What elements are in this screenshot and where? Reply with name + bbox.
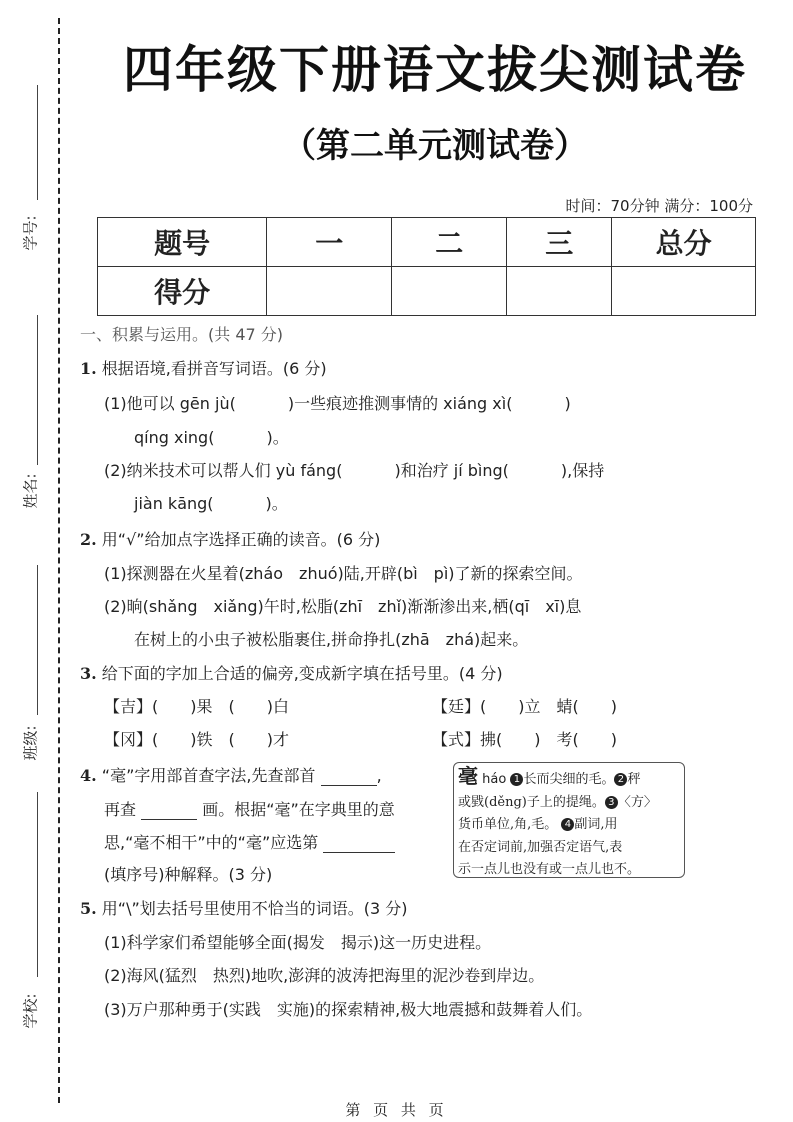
question-number: 1. xyxy=(80,359,97,378)
radical-blank[interactable] xyxy=(321,769,377,786)
question-text: , xyxy=(377,766,382,785)
score-table: 题号 一 二 三 总分 得分 xyxy=(97,217,756,316)
question-4-line-3: 思,“毫不相干”中的“毫”应选第 xyxy=(104,830,395,853)
dictionary-line-5: 示一点儿也没有或一点儿也不。 xyxy=(458,859,680,882)
page-footer: 第 页 共 页 xyxy=(0,1099,793,1120)
number-1-icon: 1 xyxy=(510,773,523,786)
question-1-item-1-cont: qíng xing()。 xyxy=(134,425,289,448)
section-heading: 一、积累与运用。(共 47 分) xyxy=(80,322,283,345)
score-cell-total[interactable] xyxy=(612,267,756,316)
definition-number-blank[interactable] xyxy=(323,836,395,853)
question-5-item-2: (2)海风(猛烈 热烈)地吹,澎湃的波涛把海里的泥沙卷到岸边。 xyxy=(104,963,544,986)
definition-text: 货币单位,角,毛。 xyxy=(458,817,557,832)
student-id-underline[interactable] xyxy=(37,85,38,200)
question-text: 用“√”给加点字选择正确的读音。(6 分) xyxy=(102,530,381,549)
header-cell-total: 总分 xyxy=(612,218,756,267)
score-cell-section-3[interactable] xyxy=(507,267,612,316)
dictionary-entry-box: 毫 háo 1长而尖细的毛。2秤 或戥(děng)子上的提绳。3〈方〉 货币单位… xyxy=(453,762,685,878)
question-text: 画。根据“毫”在字典里的意 xyxy=(202,800,395,819)
definition-text: 长而尖细的毛。 xyxy=(523,772,614,787)
question-1-item-2: (2)纳米技术可以帮人们 yù fáng()和治疗 jí bìng(),保持 xyxy=(104,458,604,481)
question-3-prompt: 3. 给下面的字加上合适的偏旁,变成新字填在括号里。(4 分) xyxy=(80,661,503,684)
page-title: 四年级下册语文拔尖测试卷 xyxy=(90,30,780,102)
number-2-icon: 2 xyxy=(614,773,627,786)
name-label: 姓名: xyxy=(20,489,41,509)
question-3-row-2-left: 【冈】( )铁 ( )才 xyxy=(104,727,289,750)
pinyin: xiáng xì xyxy=(443,394,506,413)
dictionary-line-3: 货币单位,角,毛。 4副词,用 xyxy=(458,814,680,837)
question-number: 3. xyxy=(80,664,97,683)
question-number: 5. xyxy=(80,899,97,918)
item-text: )和治疗 xyxy=(394,461,448,480)
question-text: 根据语境,看拼音写词语。(6 分) xyxy=(102,359,327,378)
score-cell-section-1[interactable] xyxy=(267,267,392,316)
question-4-line-1: 4. “毫”字用部首查字法,先查部首 , xyxy=(80,763,382,786)
question-1-prompt: 1. 根据语境,看拼音写词语。(6 分) xyxy=(80,356,327,379)
item-text: )。 xyxy=(266,428,288,447)
score-table-score-row: 得分 xyxy=(98,267,756,316)
stroke-count-blank[interactable] xyxy=(141,803,197,820)
number-4-icon: 4 xyxy=(561,818,574,831)
question-text: 用“\”划去括号里使用不恰当的词语。(3 分) xyxy=(102,899,408,918)
score-table-header-row: 题号 一 二 三 总分 xyxy=(98,218,756,267)
question-number: 4. xyxy=(80,766,97,785)
student-id-label: 学号: xyxy=(20,231,41,251)
binding-dashed-line xyxy=(58,18,60,1103)
question-3-row-1-right: 【廷】( )立 蜻( ) xyxy=(432,694,617,717)
dictionary-line-4: 在否定词前,加强否定语气,表 xyxy=(458,837,680,860)
dictionary-head-char: 毫 xyxy=(458,764,478,788)
dictionary-line-1: 毫 háo 1长而尖细的毛。2秤 xyxy=(458,765,680,792)
item-text: (1)他可以 xyxy=(104,394,175,413)
question-5-item-1: (1)科学家们希望能够全面(揭发 揭示)这一历史进程。 xyxy=(104,930,491,953)
name-underline[interactable] xyxy=(37,315,38,465)
definition-text: 或戥(děng)子上的提绳。 xyxy=(458,795,605,810)
pinyin: qíng xing xyxy=(134,428,208,447)
header-cell-question-number: 题号 xyxy=(98,218,267,267)
header-cell-section-1: 一 xyxy=(267,218,392,267)
question-2-item-2: (2)晌(shǎng xiǎng)午时,松脂(zhī zhǐ)渐渐渗出来,栖(q… xyxy=(104,594,581,617)
question-text: “毫”字用部首查字法,先查部首 xyxy=(102,766,316,785)
question-2-item-2-cont: 在树上的小虫子被松脂裹住,拼命挣扎(zhā zhá)起来。 xyxy=(134,627,528,650)
school-label: 学校: xyxy=(20,1009,41,1029)
question-text: 再查 xyxy=(104,800,136,819)
question-text: 思,“毫不相干”中的“毫”应选第 xyxy=(104,833,318,852)
question-5-prompt: 5. 用“\”划去括号里使用不恰当的词语。(3 分) xyxy=(80,896,408,919)
question-text: 给下面的字加上合适的偏旁,变成新字填在括号里。(4 分) xyxy=(102,664,503,683)
header-cell-section-3: 三 xyxy=(507,218,612,267)
class-underline[interactable] xyxy=(37,565,38,715)
item-text: ),保持 xyxy=(561,461,604,480)
score-cell-section-2[interactable] xyxy=(392,267,507,316)
pinyin: jiàn kāng xyxy=(134,494,207,513)
item-text: (2)纳米技术可以帮人们 xyxy=(104,461,271,480)
question-3-row-1-left: 【吉】( )果 ( )白 xyxy=(104,694,289,717)
page-subtitle: （第二单元测试卷） xyxy=(90,118,780,167)
pinyin: yù fáng xyxy=(276,461,336,480)
school-underline[interactable] xyxy=(37,792,38,977)
question-2-item-1: (1)探测器在火星着(zháo zhuó)陆,开辟(bì pì)了新的探索空间。 xyxy=(104,561,583,584)
question-4-line-4: (填序号)种解释。(3 分) xyxy=(104,862,272,885)
score-row-label: 得分 xyxy=(98,267,267,316)
pinyin: gēn jù xyxy=(180,394,230,413)
question-1-item-1: (1)他可以 gēn jù()一些痕迹推测事情的 xiáng xì() xyxy=(104,391,571,414)
question-3-row-2-right: 【式】拂( ) 考( ) xyxy=(432,727,617,750)
dictionary-pinyin: háo xyxy=(482,772,506,787)
question-2-prompt: 2. 用“√”给加点字选择正确的读音。(6 分) xyxy=(80,527,380,550)
question-1-item-2-cont: jiàn kāng()。 xyxy=(134,491,288,514)
pinyin: jí bìng xyxy=(454,461,503,480)
question-5-item-3: (3)万户那种勇于(实践 实施)的探索精神,极大地震撼和鼓舞着人们。 xyxy=(104,997,592,1020)
question-number: 2. xyxy=(80,530,97,549)
time-info: 时间：70分钟 满分：100分 xyxy=(566,195,754,216)
item-text: )一些痕迹推测事情的 xyxy=(288,394,438,413)
item-text: )。 xyxy=(266,494,288,513)
class-label: 班级: xyxy=(20,741,41,761)
dictionary-line-2: 或戥(děng)子上的提绳。3〈方〉 xyxy=(458,792,680,815)
question-4-line-2: 再查 画。根据“毫”在字典里的意 xyxy=(104,797,395,820)
number-3-icon: 3 xyxy=(605,796,618,809)
header-cell-section-2: 二 xyxy=(392,218,507,267)
